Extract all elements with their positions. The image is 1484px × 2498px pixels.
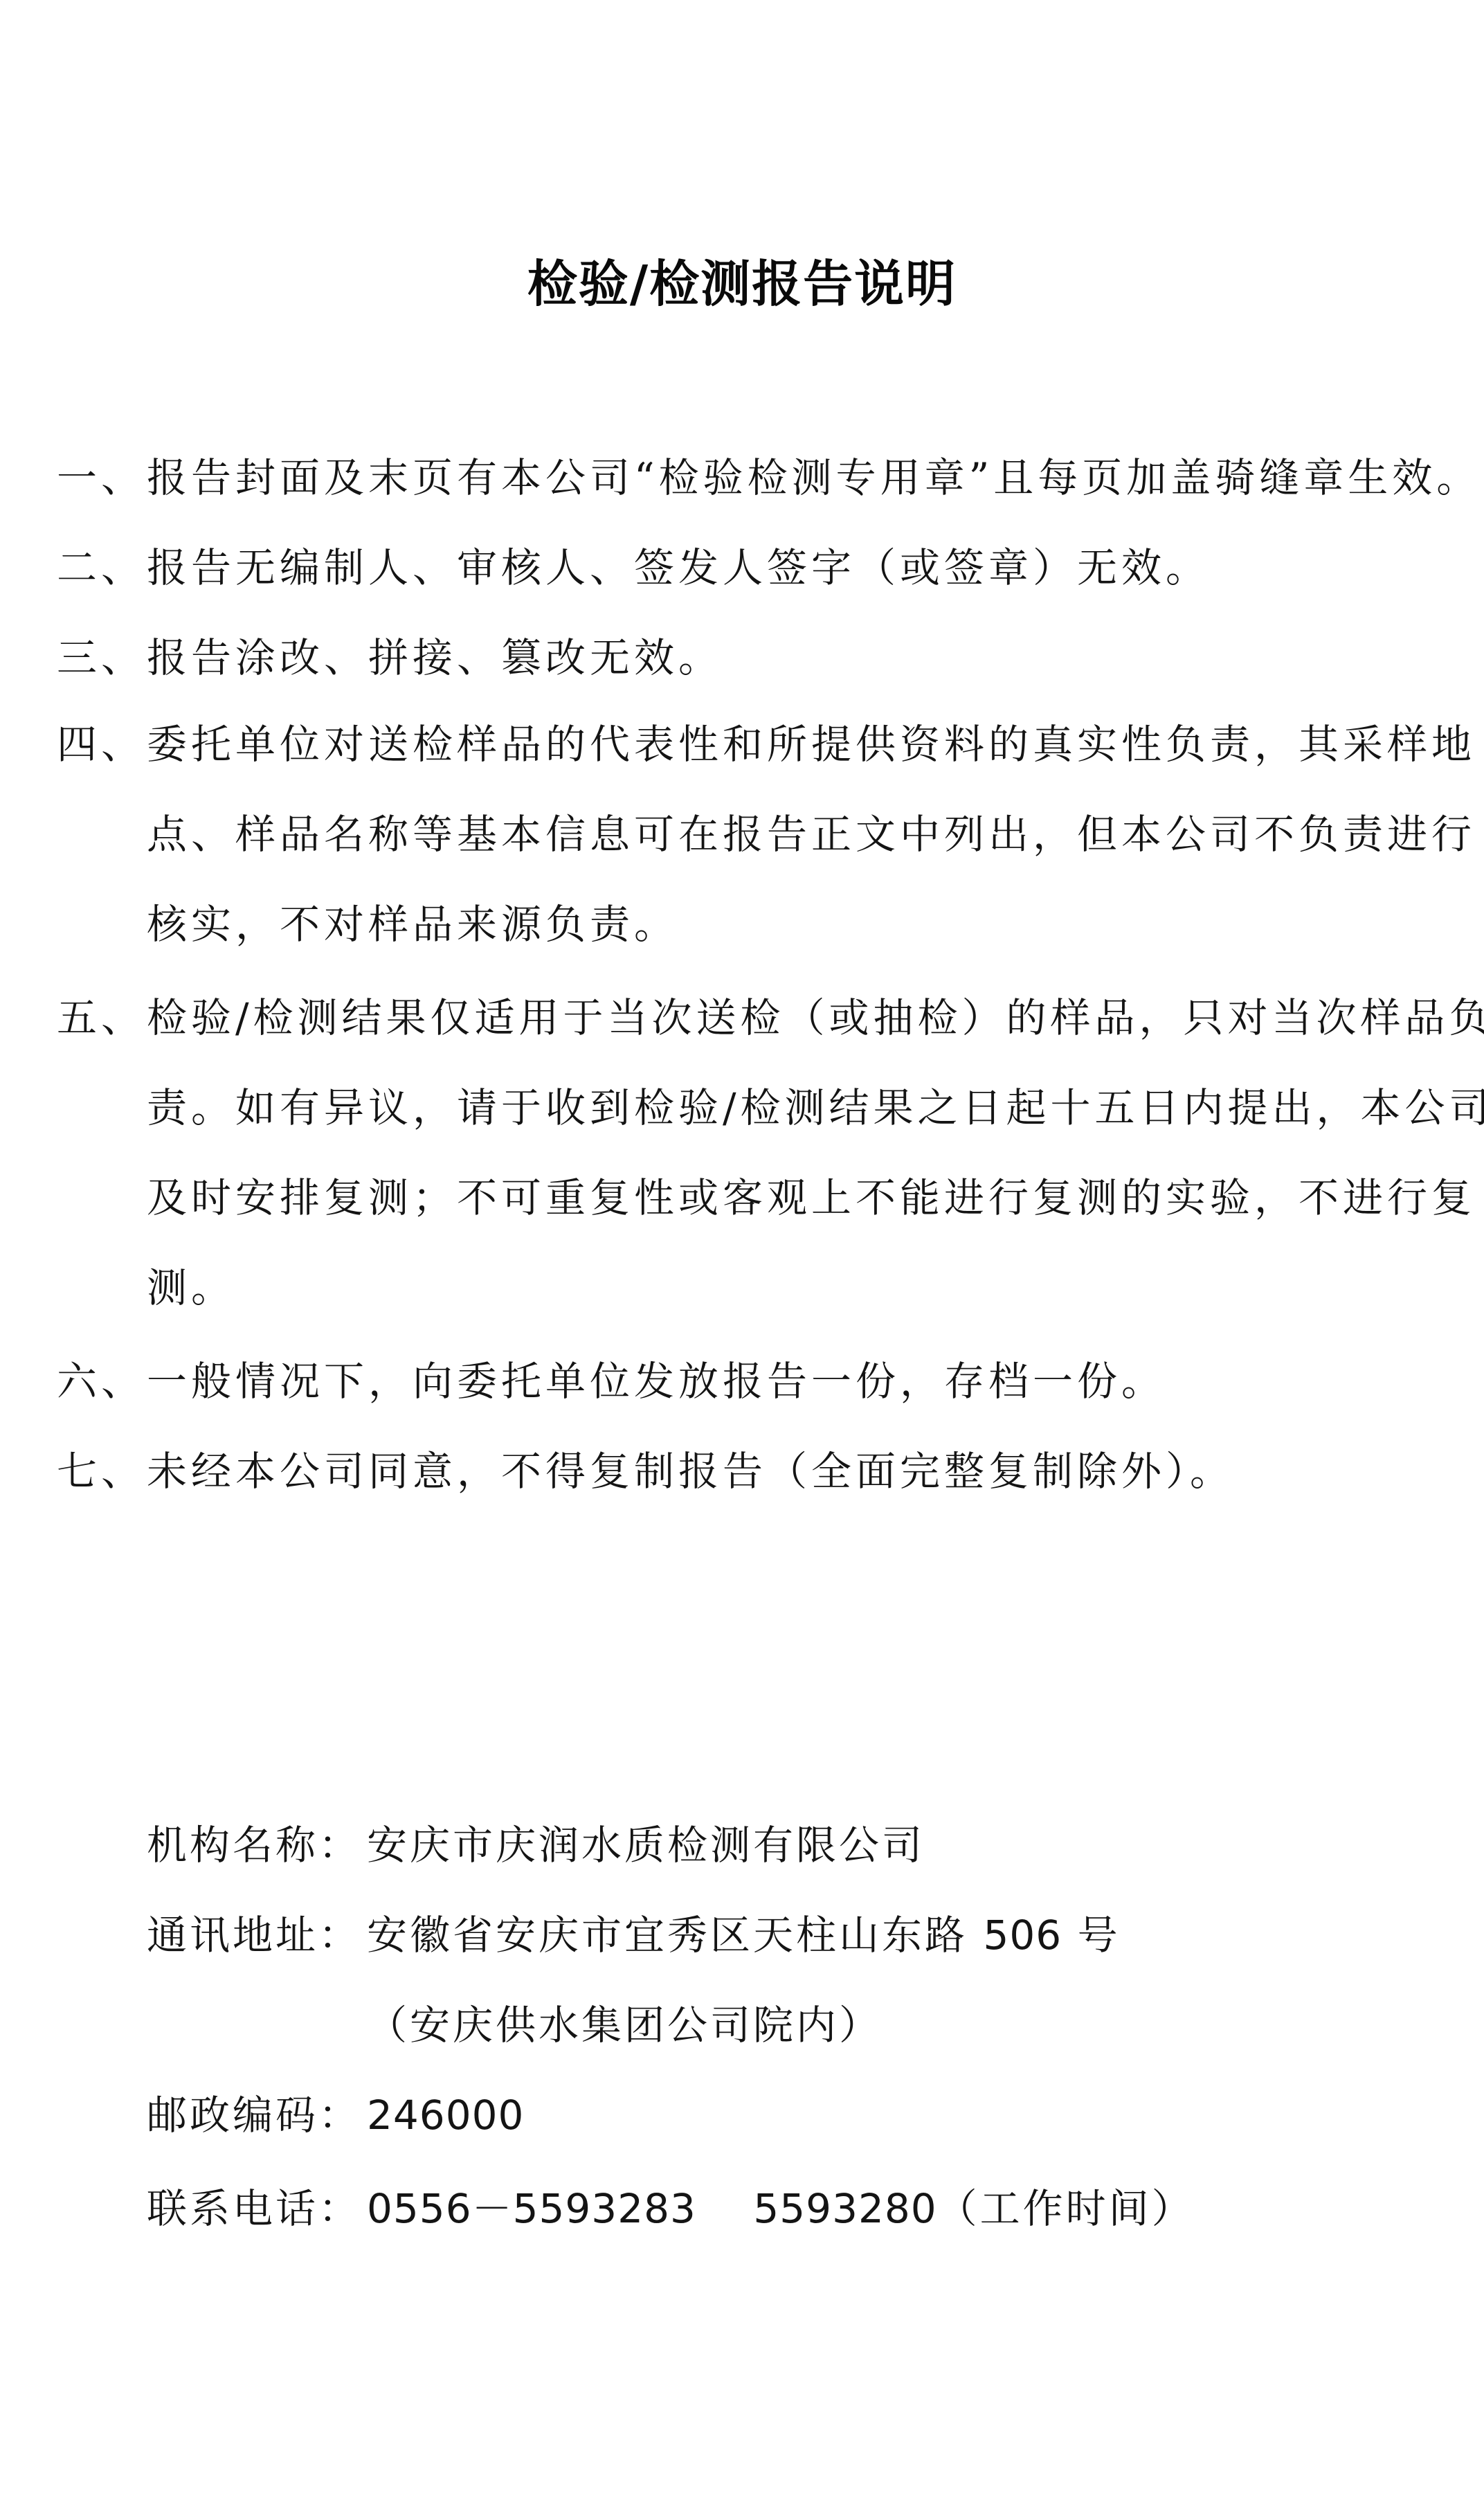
address-value: 安徽省安庆市宜秀区天柱山东路 [367, 1912, 968, 1959]
notes-item-4: 四、委托单位对送检样品的代表性和所提供资料的真实性负责，其采样地 [57, 717, 1476, 772]
item-number: 三、 [57, 630, 147, 685]
item-number: 一、 [57, 450, 147, 505]
item-number: 五、 [57, 990, 147, 1045]
phone-row: 联系电话：0556－5593283 5593280（工作时间） [147, 2181, 1195, 2236]
notes-item-5: 五、检验/检测结果仅适用于当次送检（或抽检）的样品，只对当次样品负 [57, 990, 1484, 1045]
item-text: 报告无编制人、审核人、签发人签字（或签章）无效。 [147, 544, 1210, 591]
notes-item-3: 三、报告涂改、拼接、篡改无效。 [57, 630, 723, 685]
item-text: 一般情况下，向委托单位发放报告一份，存档一份。 [147, 1358, 1166, 1405]
item-text: 未经本公司同意，不得复制报告（全面完整复制除外）。 [147, 1448, 1234, 1495]
notes-item-7: 七、未经本公司同意，不得复制报告（全面完整复制除外）。 [57, 1444, 1234, 1499]
page-title: 检验/检测报告说明 [0, 251, 1484, 317]
phone-secondary: 5593280 [753, 2185, 936, 2232]
notes-item-6: 六、一般情况下，向委托单位发放报告一份，存档一份。 [57, 1354, 1166, 1409]
item-number: 六、 [57, 1354, 147, 1409]
item-number: 七、 [57, 1444, 147, 1499]
address-label: 通讯地址： [147, 1907, 367, 1963]
address-row: 通讯地址：安徽省安庆市宜秀区天柱山东路 506 号 [147, 1907, 1121, 1963]
notes-item-2: 二、报告无编制人、审核人、签发人签字（或签章）无效。 [57, 540, 1210, 595]
item-text: 报告封面及末页有本公司“检验检测专用章”且每页加盖骑缝章生效。 [147, 454, 1481, 501]
item-text: 委托单位对送检样品的代表性和所提供资料的真实性负责，其采样地 [147, 721, 1476, 768]
item-number: 二、 [57, 540, 147, 595]
postcode-value: 246000 [367, 2092, 524, 2139]
organization-label: 机构名称： [147, 1817, 367, 1873]
phone-note: （工作时间） [937, 2185, 1195, 2232]
address-number: 506 [983, 1912, 1062, 1959]
phone-label: 联系电话： [147, 2181, 367, 2236]
address-note: （安庆供水集团公司院内） [367, 1997, 882, 2053]
notes-item-4-continuation: 点、样品名称等基本信息可在报告正文中列出，但本公司不负责进行 [147, 807, 1476, 862]
notes-item-4-continuation: 核实，不对样品来源负责。 [147, 897, 678, 952]
postcode-label: 邮政编码： [147, 2087, 367, 2143]
phone-primary: 0556－5593283 [367, 2185, 696, 2232]
notes-item-5-continuation: 测。 [147, 1260, 235, 1315]
notes-item-5-continuation: 责。如有异议，请于收到检验/检测结果之日起十五日内提出，本公司 [147, 1080, 1484, 1135]
item-text: 检验/检测结果仅适用于当次送检（或抽检）的样品，只对当次样品负 [147, 994, 1484, 1041]
item-number: 四、 [57, 717, 147, 772]
organization-name-row: 机构名称：安庆市庆润水质检测有限公司 [147, 1817, 925, 1873]
address-suffix: 号 [1078, 1912, 1121, 1959]
notes-item-5-continuation: 及时安排复测；不可重复性或客观上不能进行复测的实验，不进行复 [147, 1170, 1476, 1225]
item-text: 报告涂改、拼接、篡改无效。 [147, 634, 723, 681]
postcode-row: 邮政编码：246000 [147, 2087, 524, 2143]
notes-item-1: 一、报告封面及末页有本公司“检验检测专用章”且每页加盖骑缝章生效。 [57, 450, 1481, 505]
organization-value: 安庆市庆润水质检测有限公司 [367, 1822, 925, 1869]
